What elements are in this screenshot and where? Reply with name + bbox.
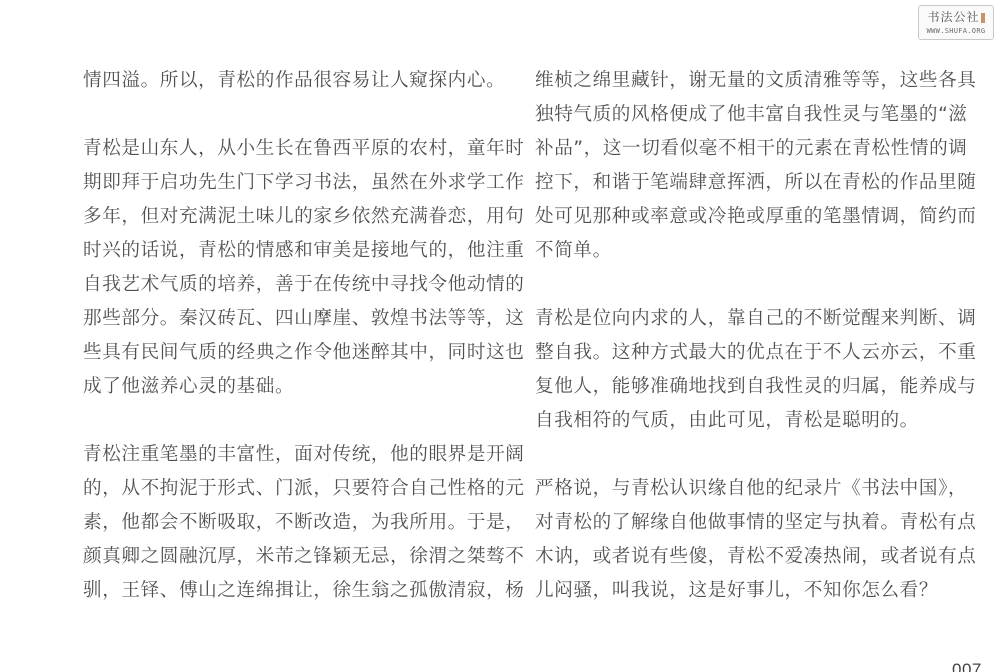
text-line: 情四溢。所以，青松的作品很容易让人窥探内心。 bbox=[83, 64, 475, 98]
watermark-title: 书法公社 bbox=[919, 8, 993, 26]
text-line: 严格说，与青松认识缘自他的纪录片《书法中国》， bbox=[535, 472, 927, 506]
text-line: 复他人，能够准确地找到自我性灵的归属，能养成与 bbox=[535, 370, 927, 404]
text-line: 自我艺术气质的培养，善于在传统中寻找令他动情的 bbox=[83, 268, 475, 302]
text-line: 驯，王铎、傅山之连绵揖让，徐生翁之孤傲清寂，杨 bbox=[83, 574, 475, 608]
text-line: 青松是山东人，从小生长在鲁西平原的农村，童年时 bbox=[83, 132, 475, 166]
text-line: 处可见那种或率意或冷艳或厚重的笔墨情调，简约而 bbox=[535, 200, 927, 234]
text-line: 维桢之绵里藏针，谢无量的文质清雅等等，这些各具 bbox=[535, 64, 927, 98]
text-line: 时兴的话说，青松的情感和审美是接地气的，他注重 bbox=[83, 234, 475, 268]
text-line: 不简单。 bbox=[535, 234, 927, 268]
seal-stamp-icon bbox=[981, 13, 985, 23]
left-text-column: 情四溢。所以，青松的作品很容易让人窥探内心。 青松是山东人，从小生长在鲁西平原的… bbox=[83, 64, 475, 642]
right-text-column: 维桢之绵里藏针，谢无量的文质清雅等等，这些各具 独特气质的风格便成了他丰富自我性… bbox=[535, 64, 927, 642]
paragraph: 情四溢。所以，青松的作品很容易让人窥探内心。 bbox=[83, 64, 475, 98]
text-line: 的，从不拘泥于形式、门派，只要符合自己性格的元 bbox=[83, 472, 475, 506]
text-line: 成了他滋养心灵的基础。 bbox=[83, 370, 475, 404]
paragraph: 青松是位向内求的人，靠自己的不断觉醒来判断、调 整自我。这种方式最大的优点在于不… bbox=[535, 302, 927, 438]
site-watermark-logo: 书法公社 WWW.SHUFA.ORG bbox=[918, 5, 994, 40]
paragraph: 青松是山东人，从小生长在鲁西平原的农村，童年时 期即拜于启功先生门下学习书法，虽… bbox=[83, 132, 475, 404]
text-line: 补品”，这一切看似毫不相干的元素在青松性情的调 bbox=[535, 132, 927, 166]
text-line: 整自我。这种方式最大的优点在于不人云亦云，不重 bbox=[535, 336, 927, 370]
text-line: 木讷，或者说有些傻，青松不爱凑热闹，或者说有点 bbox=[535, 540, 927, 574]
page-number: 007 bbox=[952, 660, 982, 672]
text-line: 多年，但对充满泥土味儿的家乡依然充满眷恋，用句 bbox=[83, 200, 475, 234]
paragraph: 维桢之绵里藏针，谢无量的文质清雅等等，这些各具 独特气质的风格便成了他丰富自我性… bbox=[535, 64, 927, 268]
text-line: 颜真卿之圆融沉厚，米芾之锋颖无忌，徐渭之桀骜不 bbox=[83, 540, 475, 574]
text-line: 控下，和谐于笔端肆意挥洒，所以在青松的作品里随 bbox=[535, 166, 927, 200]
text-line: 些具有民间气质的经典之作令他迷醉其中，同时这也 bbox=[83, 336, 475, 370]
text-line: 素，他都会不断吸取，不断改造，为我所用。于是， bbox=[83, 506, 475, 540]
text-line: 青松注重笔墨的丰富性，面对传统，他的眼界是开阔 bbox=[83, 438, 475, 472]
watermark-title-text: 书法公社 bbox=[927, 10, 979, 24]
text-line: 期即拜于启功先生门下学习书法，虽然在外求学工作 bbox=[83, 166, 475, 200]
text-line: 对青松的了解缘自他做事情的坚定与执着。青松有点 bbox=[535, 506, 927, 540]
text-line: 独特气质的风格便成了他丰富自我性灵与笔墨的“滋 bbox=[535, 98, 927, 132]
paragraph: 青松注重笔墨的丰富性，面对传统，他的眼界是开阔 的，从不拘泥于形式、门派，只要符… bbox=[83, 438, 475, 608]
text-line: 儿闷骚，叫我说，这是好事儿，不知你怎么看？ bbox=[535, 574, 927, 608]
text-line: 青松是位向内求的人，靠自己的不断觉醒来判断、调 bbox=[535, 302, 927, 336]
book-page: 书法公社 WWW.SHUFA.ORG 情四溢。所以，青松的作品很容易让人窥探内心… bbox=[0, 0, 1000, 672]
paragraph: 严格说，与青松认识缘自他的纪录片《书法中国》， 对青松的了解缘自他做事情的坚定与… bbox=[535, 472, 927, 608]
text-line: 那些部分。秦汉砖瓦、四山摩崖、敦煌书法等等，这 bbox=[83, 302, 475, 336]
watermark-url: WWW.SHUFA.ORG bbox=[919, 26, 993, 36]
text-line: 自我相符的气质，由此可见，青松是聪明的。 bbox=[535, 404, 927, 438]
